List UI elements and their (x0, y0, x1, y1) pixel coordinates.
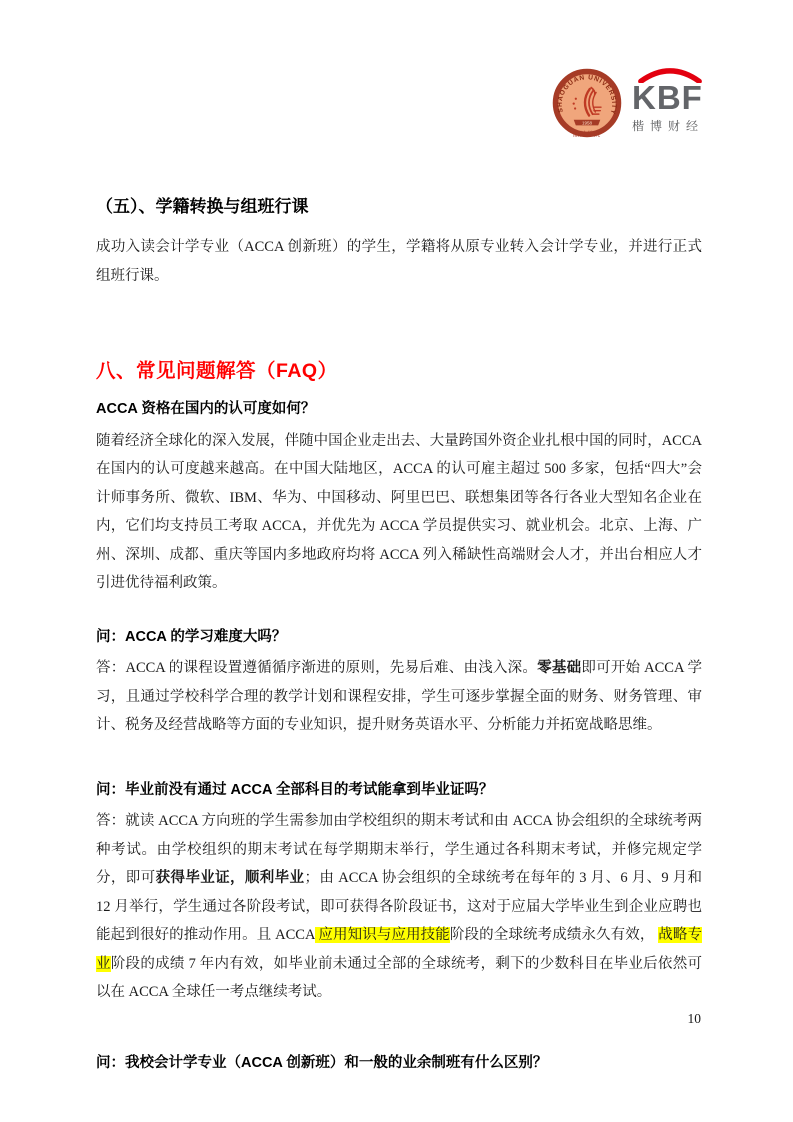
section-transfer-body: 成功入读会计学专业（ACCA 创新班）的学生，学籍将从原专业转入会计学专业，并进… (96, 233, 702, 290)
bold-text: 获得毕业证，顺利毕业 (156, 870, 305, 886)
highlighted-text: 应用知识与应用技能 (315, 927, 450, 943)
faq-question-1: ACCA 资格在国内的认可度如何？ (96, 395, 702, 424)
text-segment: 答：ACCA 的课程设置遵循循序渐进的原则，先易后难、由浅入深。 (96, 660, 537, 676)
faq-answer-3: 答：就读 ACCA 方向班的学生需参加由学校组织的期末考试和由 ACCA 协会组… (96, 807, 702, 1007)
faq-question-2: 问：ACCA 的学习难度大吗？ (96, 623, 702, 652)
text-segment: 阶段的全球统考成绩永久有效， (450, 927, 658, 943)
faq-section-heading: 八、常见问题解答（FAQ） (96, 355, 702, 387)
faq-question-3: 问：毕业前没有通过 ACCA 全部科目的考试能拿到毕业证吗？ (96, 776, 702, 805)
document-content: （五）、学籍转换与组班行课 成功入读会计学专业（ACCA 创新班）的学生，学籍将… (96, 0, 702, 1077)
faq-answer-1: 随着经济全球化的深入发展，伴随中国企业走出去、大量跨国外资企业扎根中国的同时，A… (96, 427, 702, 598)
text-segment: 阶段的成绩 7 年内有效，如毕业前未通过全部的全球统考，剩下的少数科目在毕业后依… (96, 956, 702, 1001)
text-segment: 随着经济全球化的深入发展，伴随中国企业走出去、大量跨国外资企业扎根中国的同时，A… (96, 433, 702, 592)
document-page: SHAOGUAN UNIVERSITY (0, 0, 793, 1122)
faq-question-4: 问：我校会计学专业（ACCA 创新班）和一般的业余制班有什么区别？ (96, 1049, 702, 1078)
section-transfer-heading: （五）、学籍转换与组班行课 (96, 192, 702, 221)
page-number: 10 (688, 1008, 702, 1030)
bold-text: 零基础 (537, 660, 581, 676)
faq-answer-2: 答：ACCA 的课程设置遵循循序渐进的原则，先易后难、由浅入深。零基础即可开始 … (96, 654, 702, 740)
